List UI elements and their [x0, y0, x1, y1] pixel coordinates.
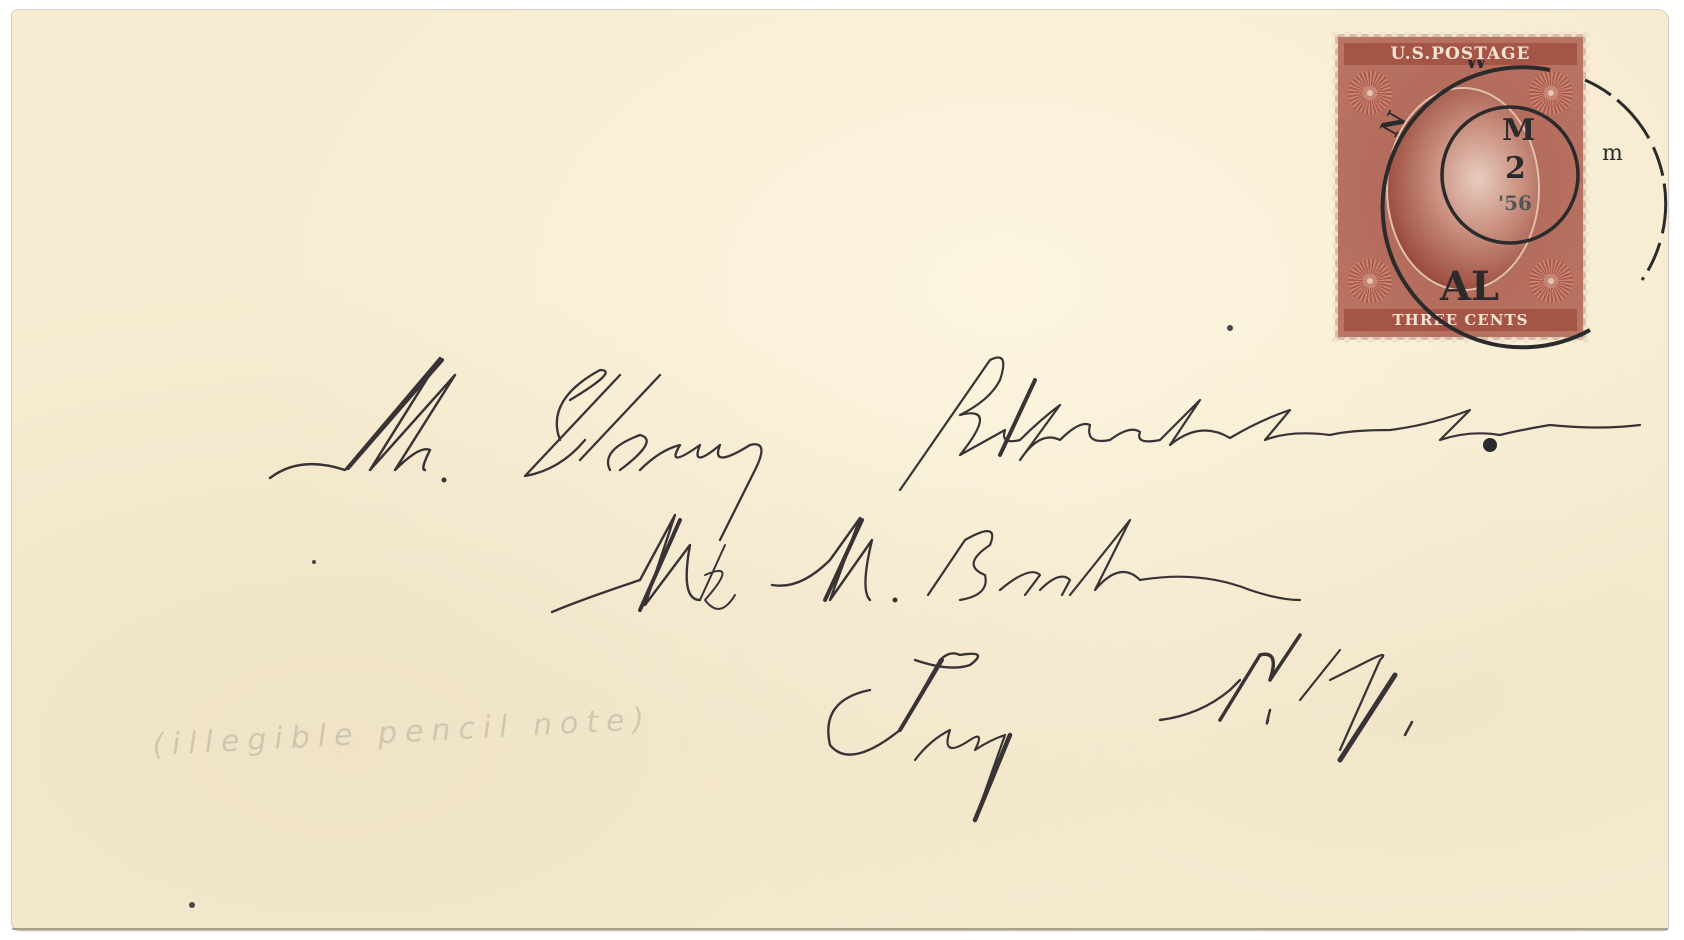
ink-speck: [1227, 325, 1233, 331]
address-line-3-strokes: [828, 635, 1412, 820]
ink-speck: [189, 902, 195, 908]
ink-speck: [312, 560, 316, 564]
ink-blot: [1483, 438, 1497, 452]
address-line-1-strokes: [270, 358, 1640, 541]
handwritten-address: [0, 0, 1684, 940]
address-line-2-strokes: [552, 515, 1300, 612]
